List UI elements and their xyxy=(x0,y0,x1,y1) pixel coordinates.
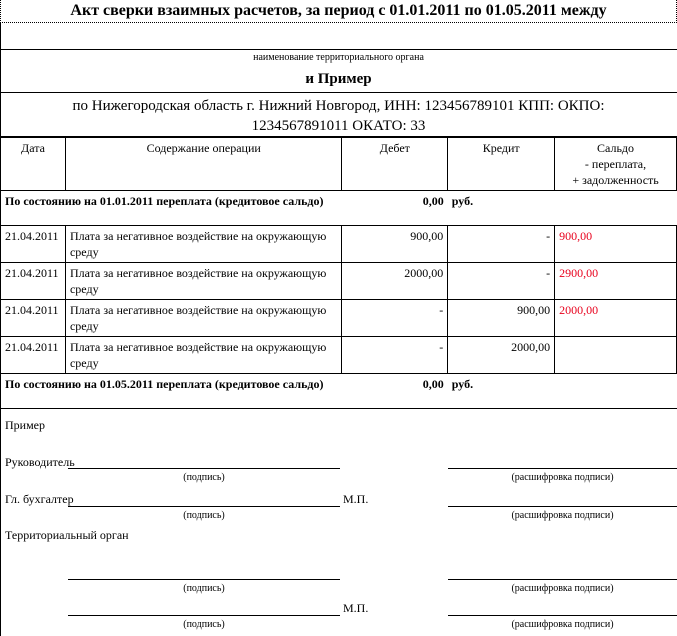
party2-accountant-signature-line xyxy=(68,615,340,616)
header-balance: Сальдо - переплата, + задолженность xyxy=(555,137,677,191)
decode-caption: (расшифровка подписи) xyxy=(448,619,677,630)
decode-caption: (расшифровка подписи) xyxy=(448,510,677,521)
accountant-decode-line xyxy=(448,506,677,507)
header-content: Содержание операции xyxy=(65,137,341,191)
row-balance: 900,00 xyxy=(555,226,677,263)
opening-empty xyxy=(555,191,677,226)
header-debit: Дебет xyxy=(342,137,448,191)
org-caption: наименование территориального органа xyxy=(0,52,677,63)
party2-signature-line xyxy=(68,579,340,580)
details-line-2: 1234567891011 ОКАТО: 33 xyxy=(0,116,677,136)
row-date: 21.04.2011 xyxy=(1,300,66,337)
balance-note-1: - переплата, xyxy=(559,156,672,172)
closing-label: По состоянию на 01.05.2011 переплата (кр… xyxy=(1,374,342,409)
closing-empty xyxy=(555,374,677,409)
opening-label: По состоянию на 01.01.2011 переплата (кр… xyxy=(1,191,342,226)
row-content: Плата за негативное воздействие на окруж… xyxy=(65,263,341,300)
closing-currency: руб. xyxy=(448,374,555,409)
org-details: по Нижегородская область г. Нижний Новго… xyxy=(0,96,677,136)
director-label: Руководитель xyxy=(5,455,75,470)
opening-currency: руб. xyxy=(448,191,555,226)
details-line-1: по Нижегородская область г. Нижний Новго… xyxy=(0,96,677,116)
row-balance: 2900,00 xyxy=(555,263,677,300)
row-balance xyxy=(555,337,677,374)
reconciliation-table: Дата Содержание операции Дебет Кредит Са… xyxy=(0,136,677,409)
row-date: 21.04.2011 xyxy=(1,263,66,300)
row-content: Плата за негативное воздействие на окруж… xyxy=(65,337,341,374)
decode-caption: (расшифровка подписи) xyxy=(448,583,677,594)
row-date: 21.04.2011 xyxy=(1,226,66,263)
row-credit: - xyxy=(448,263,555,300)
accountant-signature-line xyxy=(68,506,340,507)
closing-amount: 0,00 xyxy=(342,374,448,409)
table-row: 21.04.2011 Плата за негативное воздейств… xyxy=(1,226,677,263)
document-title: Акт сверки взаимных расчетов, за период … xyxy=(0,0,677,23)
decode-caption: (расшифровка подписи) xyxy=(448,472,677,483)
party2-accountant-decode-line xyxy=(448,615,677,616)
table-row: 21.04.2011 Плата за негативное воздейств… xyxy=(1,300,677,337)
row-debit: - xyxy=(342,337,448,374)
row-content: Плата за негативное воздействие на окруж… xyxy=(65,300,341,337)
row-content: Плата за негативное воздействие на окруж… xyxy=(65,226,341,263)
row-debit: - xyxy=(342,300,448,337)
balance-note-2: + задолженность xyxy=(559,172,672,188)
director-decode-line xyxy=(448,468,677,469)
row-credit: 2000,00 xyxy=(448,337,555,374)
row-date: 21.04.2011 xyxy=(1,337,66,374)
divider xyxy=(0,92,677,93)
row-debit: 2000,00 xyxy=(342,263,448,300)
header-credit: Кредит xyxy=(448,137,555,191)
header-date: Дата xyxy=(1,137,66,191)
party2-decode-line xyxy=(448,579,677,580)
director-signature-line xyxy=(68,468,340,469)
divider xyxy=(0,49,677,50)
closing-balance-row: По состоянию на 01.05.2011 переплата (кр… xyxy=(1,374,677,409)
stamp-label: М.П. xyxy=(343,492,368,507)
row-credit: 900,00 xyxy=(448,300,555,337)
row-debit: 900,00 xyxy=(342,226,448,263)
table-row: 21.04.2011 Плата за негативное воздейств… xyxy=(1,263,677,300)
opening-balance-row: По состоянию на 01.01.2011 переплата (кр… xyxy=(1,191,677,226)
table-row: 21.04.2011 Плата за негативное воздейств… xyxy=(1,337,677,374)
signature-caption: (подпись) xyxy=(68,583,340,594)
party2-name: Территориальный орган xyxy=(5,528,129,543)
stamp-label: М.П. xyxy=(343,601,368,616)
opening-amount: 0,00 xyxy=(342,191,448,226)
balance-title: Сальдо xyxy=(559,140,672,156)
signature-caption: (подпись) xyxy=(68,619,340,630)
table-header: Дата Содержание операции Дебет Кредит Са… xyxy=(1,137,677,191)
party1-name: Пример xyxy=(5,418,45,433)
signature-caption: (подпись) xyxy=(68,510,340,521)
row-credit: - xyxy=(448,226,555,263)
row-balance: 2000,00 xyxy=(555,300,677,337)
org-name: и Пример xyxy=(0,71,677,88)
signature-caption: (подпись) xyxy=(68,472,340,483)
accountant-label: Гл. бухгалтер xyxy=(5,492,74,507)
